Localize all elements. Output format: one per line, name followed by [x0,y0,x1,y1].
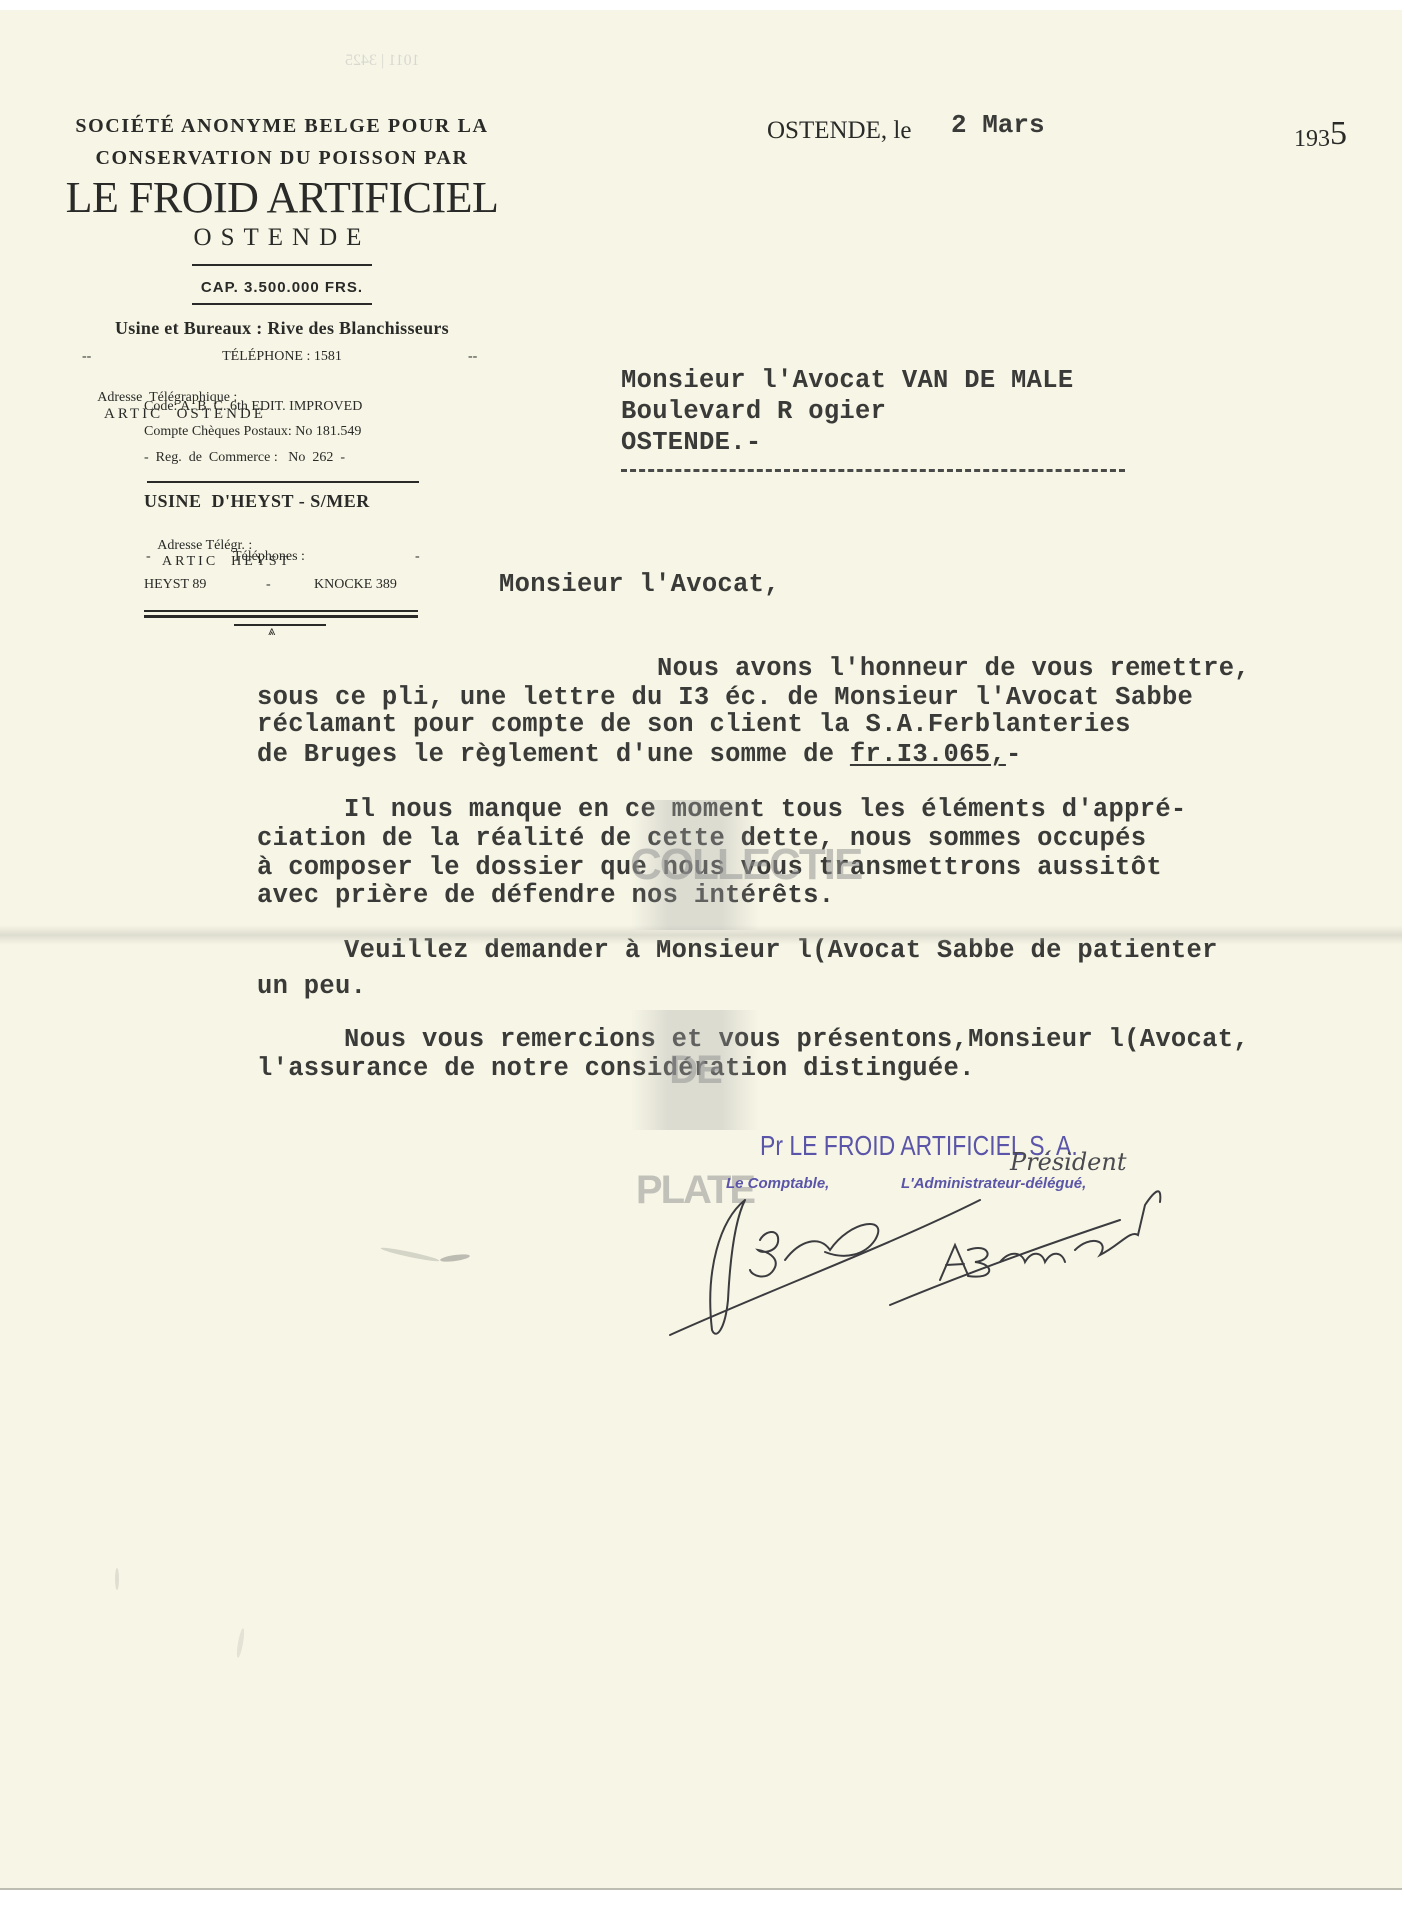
pencil-archive-note: 1011 | 3425 [345,52,420,70]
double-rule-bottom [144,615,418,618]
capital-line: CAP. 3.500.000 FRS. [52,279,512,296]
double-rule-top [144,610,418,612]
handwritten-title: Président [1010,1148,1126,1176]
phone-line: TÉLÉPHONE : 1581 [52,349,512,365]
body-p1-line-4: de Bruges le règlement d'une somme de fr… [257,740,1022,769]
date-day-month: 2 Mars [951,110,1045,140]
heyst-phone-separator: - [266,577,271,593]
recipient-street: Boulevard R ogier [621,397,886,426]
commerce-registry-line: - Reg. de Commerce : No 262 - [144,450,345,466]
body-p1-line-3: réclamant pour compte de son client la S… [257,710,1131,739]
signature-right-stroke [890,1220,1120,1305]
short-rule [234,624,326,626]
body-p2-line-1: Il nous manque en ce moment tous les élé… [344,795,1187,824]
code-line: Code: A. B. C. 6th EDIT. IMPROVED [144,399,362,415]
heyst-phone-1: HEYST 89 [144,577,206,593]
amount: fr.I3.065, [850,740,1006,769]
body-p1-line-2: sous ce pli, une lettre du I3 éc. de Mon… [257,683,1193,712]
recipient-name: Monsieur l'Avocat VAN DE MALE [621,366,1073,395]
postal-account-line: Compte Chèques Postaux: No 181.549 [144,424,361,440]
letterhead-line-1: SOCIÉTÉ ANONYME BELGE POUR LA [52,115,512,138]
salutation: Monsieur l'Avocat, [499,570,780,599]
factory-address: Usine et Bureaux : Rive des Blanchisseur… [52,318,512,339]
body-p4-line-1: Nous vous remercions et vous présentons,… [344,1025,1249,1054]
recipient-city: OSTENDE.- [621,428,761,457]
divider [147,481,419,483]
ornament-icon: ⩓ [268,624,275,639]
year-printed: 193 [1294,126,1330,152]
watermark-lower: DE PLATE [630,1010,760,1130]
body-p4-line-2: l'assurance de notre considération disti… [257,1054,975,1083]
divider [192,303,372,305]
signatures-svg [650,1180,1210,1360]
date-place: OSTENDE, le [767,117,911,145]
heyst-phones-label: Téléphones : [233,549,305,565]
year-typed: 5 [1330,115,1347,152]
date-year: 1935 [1294,117,1347,155]
dash-right: -- [468,349,477,365]
pencil-mark [115,1568,119,1590]
body-p1-line-1: Nous avons l'honneur de vous remettre, [657,654,1250,683]
heyst-factory-title: USINE D'HEYST - S/MER [144,491,370,512]
heyst-phone-2: KNOCKE 389 [314,577,397,593]
body-p1-line-4-text: de Bruges le règlement d'une somme de [257,740,850,769]
body-p3-line-2: un peu. [257,972,366,1001]
signature-left-stroke [670,1200,980,1335]
divider [192,264,372,266]
recipient-dashed-rule [621,469,1125,472]
letterhead-line-2: CONSERVATION DU POISSON PAR [52,147,512,170]
company-name: LE FROID ARTIFICIEL [52,176,512,220]
watermark-upper: COLLECTIE [630,800,760,930]
company-city: OSTENDE [52,224,512,252]
